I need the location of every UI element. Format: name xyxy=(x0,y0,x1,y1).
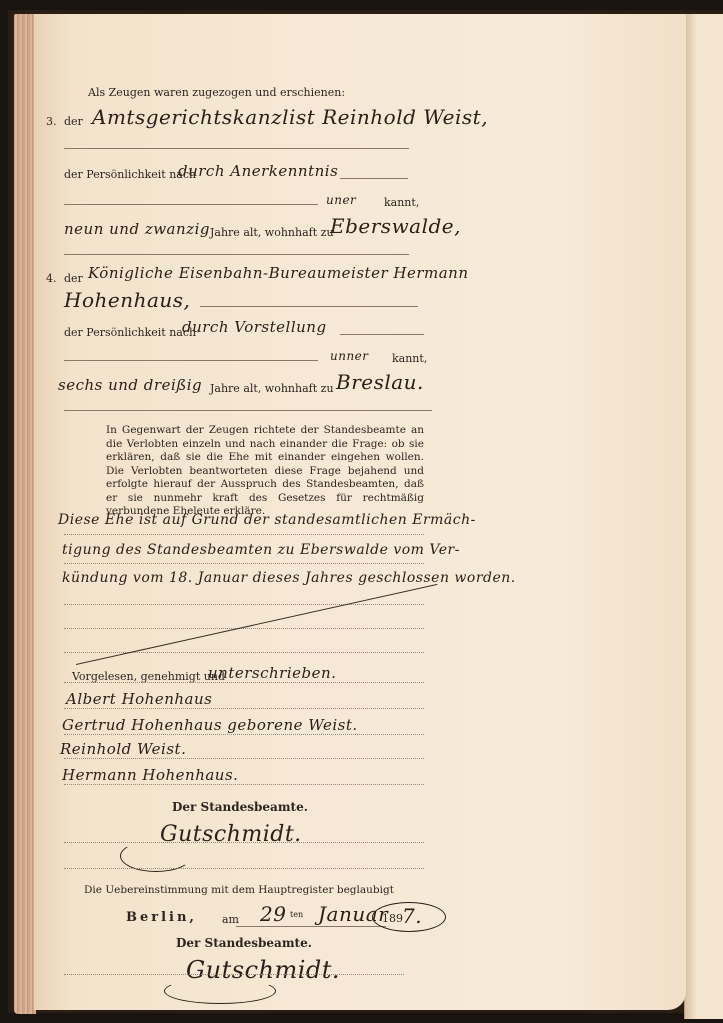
rule xyxy=(340,334,424,335)
rule xyxy=(64,974,404,975)
rule xyxy=(64,628,424,629)
witness-3-known-marker: uner xyxy=(326,193,356,207)
certification-text: Die Uebereinstimmung mit dem Hauptregist… xyxy=(84,884,394,896)
witness-4-age-label: Jahre alt, wohnhaft zu xyxy=(210,382,334,395)
witness-4-prefix: der xyxy=(64,272,83,285)
witness-4-age: sechs und dreißig xyxy=(58,376,202,394)
witness-3-residence: Eberswalde, xyxy=(330,214,461,238)
registrar-signature: Gutschmidt. xyxy=(160,822,302,847)
witness-3-identity-label: der Persönlichkeit nach xyxy=(64,168,196,181)
rule xyxy=(64,604,424,605)
rule xyxy=(64,563,424,564)
date-day-suffix: ten xyxy=(290,910,303,919)
annotation-line-2: tigung des Standesbeamten zu Eberswalde … xyxy=(62,542,460,558)
witness-3-age: neun und zwanzig xyxy=(64,220,210,238)
witness-4-number: 4. xyxy=(46,272,57,285)
rule xyxy=(64,204,318,205)
rule xyxy=(64,652,424,653)
rule xyxy=(64,410,432,411)
witness-4-identity-value: durch Vorstellung xyxy=(182,318,327,336)
witness-3-identity-value: durch Anerkenntnis xyxy=(178,162,338,180)
rule xyxy=(64,842,424,843)
rule xyxy=(64,254,409,255)
witness-3-known-label: kannt, xyxy=(384,196,419,209)
rule xyxy=(64,360,318,361)
approval-value: unterschrieben. xyxy=(208,664,336,682)
signature-witness-3: Reinhold Weist. xyxy=(60,740,186,758)
witness-3-prefix: der xyxy=(64,115,83,128)
rule xyxy=(64,534,424,535)
registrar-heading-2: Der Standesbeamte. xyxy=(176,936,312,950)
date-prefix: am xyxy=(222,913,239,926)
rule xyxy=(64,148,409,149)
witness-3-number: 3. xyxy=(46,115,57,128)
rule xyxy=(236,926,386,927)
witness-4-residence: Breslau. xyxy=(336,370,424,394)
place: Berlin, xyxy=(126,910,197,925)
rule xyxy=(64,784,424,785)
rule xyxy=(64,758,424,759)
witness-4-known-marker: unner xyxy=(330,349,369,363)
witness-3-age-label: Jahre alt, wohnhaft zu xyxy=(210,226,334,239)
rule xyxy=(64,708,424,709)
annotation-line-3: kündung vom 18. Januar dieses Jahres ges… xyxy=(62,570,516,586)
witness-4-description-line2: Hohenhaus, xyxy=(64,288,190,312)
signature-witness-4: Hermann Hohenhaus. xyxy=(62,766,238,784)
date-flourish xyxy=(372,902,446,932)
date-day: 29 xyxy=(260,902,286,926)
rule xyxy=(64,868,424,869)
signature-2-flourish xyxy=(164,978,276,1004)
rule xyxy=(200,306,418,307)
page-edges xyxy=(14,14,36,1014)
signature-bride: Gertrud Hohenhaus geborene Weist. xyxy=(62,716,358,734)
registrar-heading: Der Standesbeamte. xyxy=(172,800,308,814)
rule xyxy=(340,178,408,179)
rule xyxy=(64,682,424,683)
ceremony-text: In Gegenwart der Zeugen richtete der Sta… xyxy=(106,424,424,519)
witness-4-known-label: kannt, xyxy=(392,352,427,365)
witness-3-description: Amtsgerichtskanzlist Reinhold Weist, xyxy=(92,105,488,129)
witness-intro: Als Zeugen waren zugezogen und erschiene… xyxy=(88,86,345,99)
next-page-edge xyxy=(684,14,723,1019)
rule xyxy=(64,734,424,735)
witness-4-identity-label: der Persönlichkeit nach xyxy=(64,326,196,339)
signature-groom: Albert Hohenhaus xyxy=(66,690,212,708)
annotation-line-1: Diese Ehe ist auf Grund der standesamtli… xyxy=(58,512,476,528)
witness-4-description: Königliche Eisenbahn-Bureaumeister Herma… xyxy=(88,264,469,282)
